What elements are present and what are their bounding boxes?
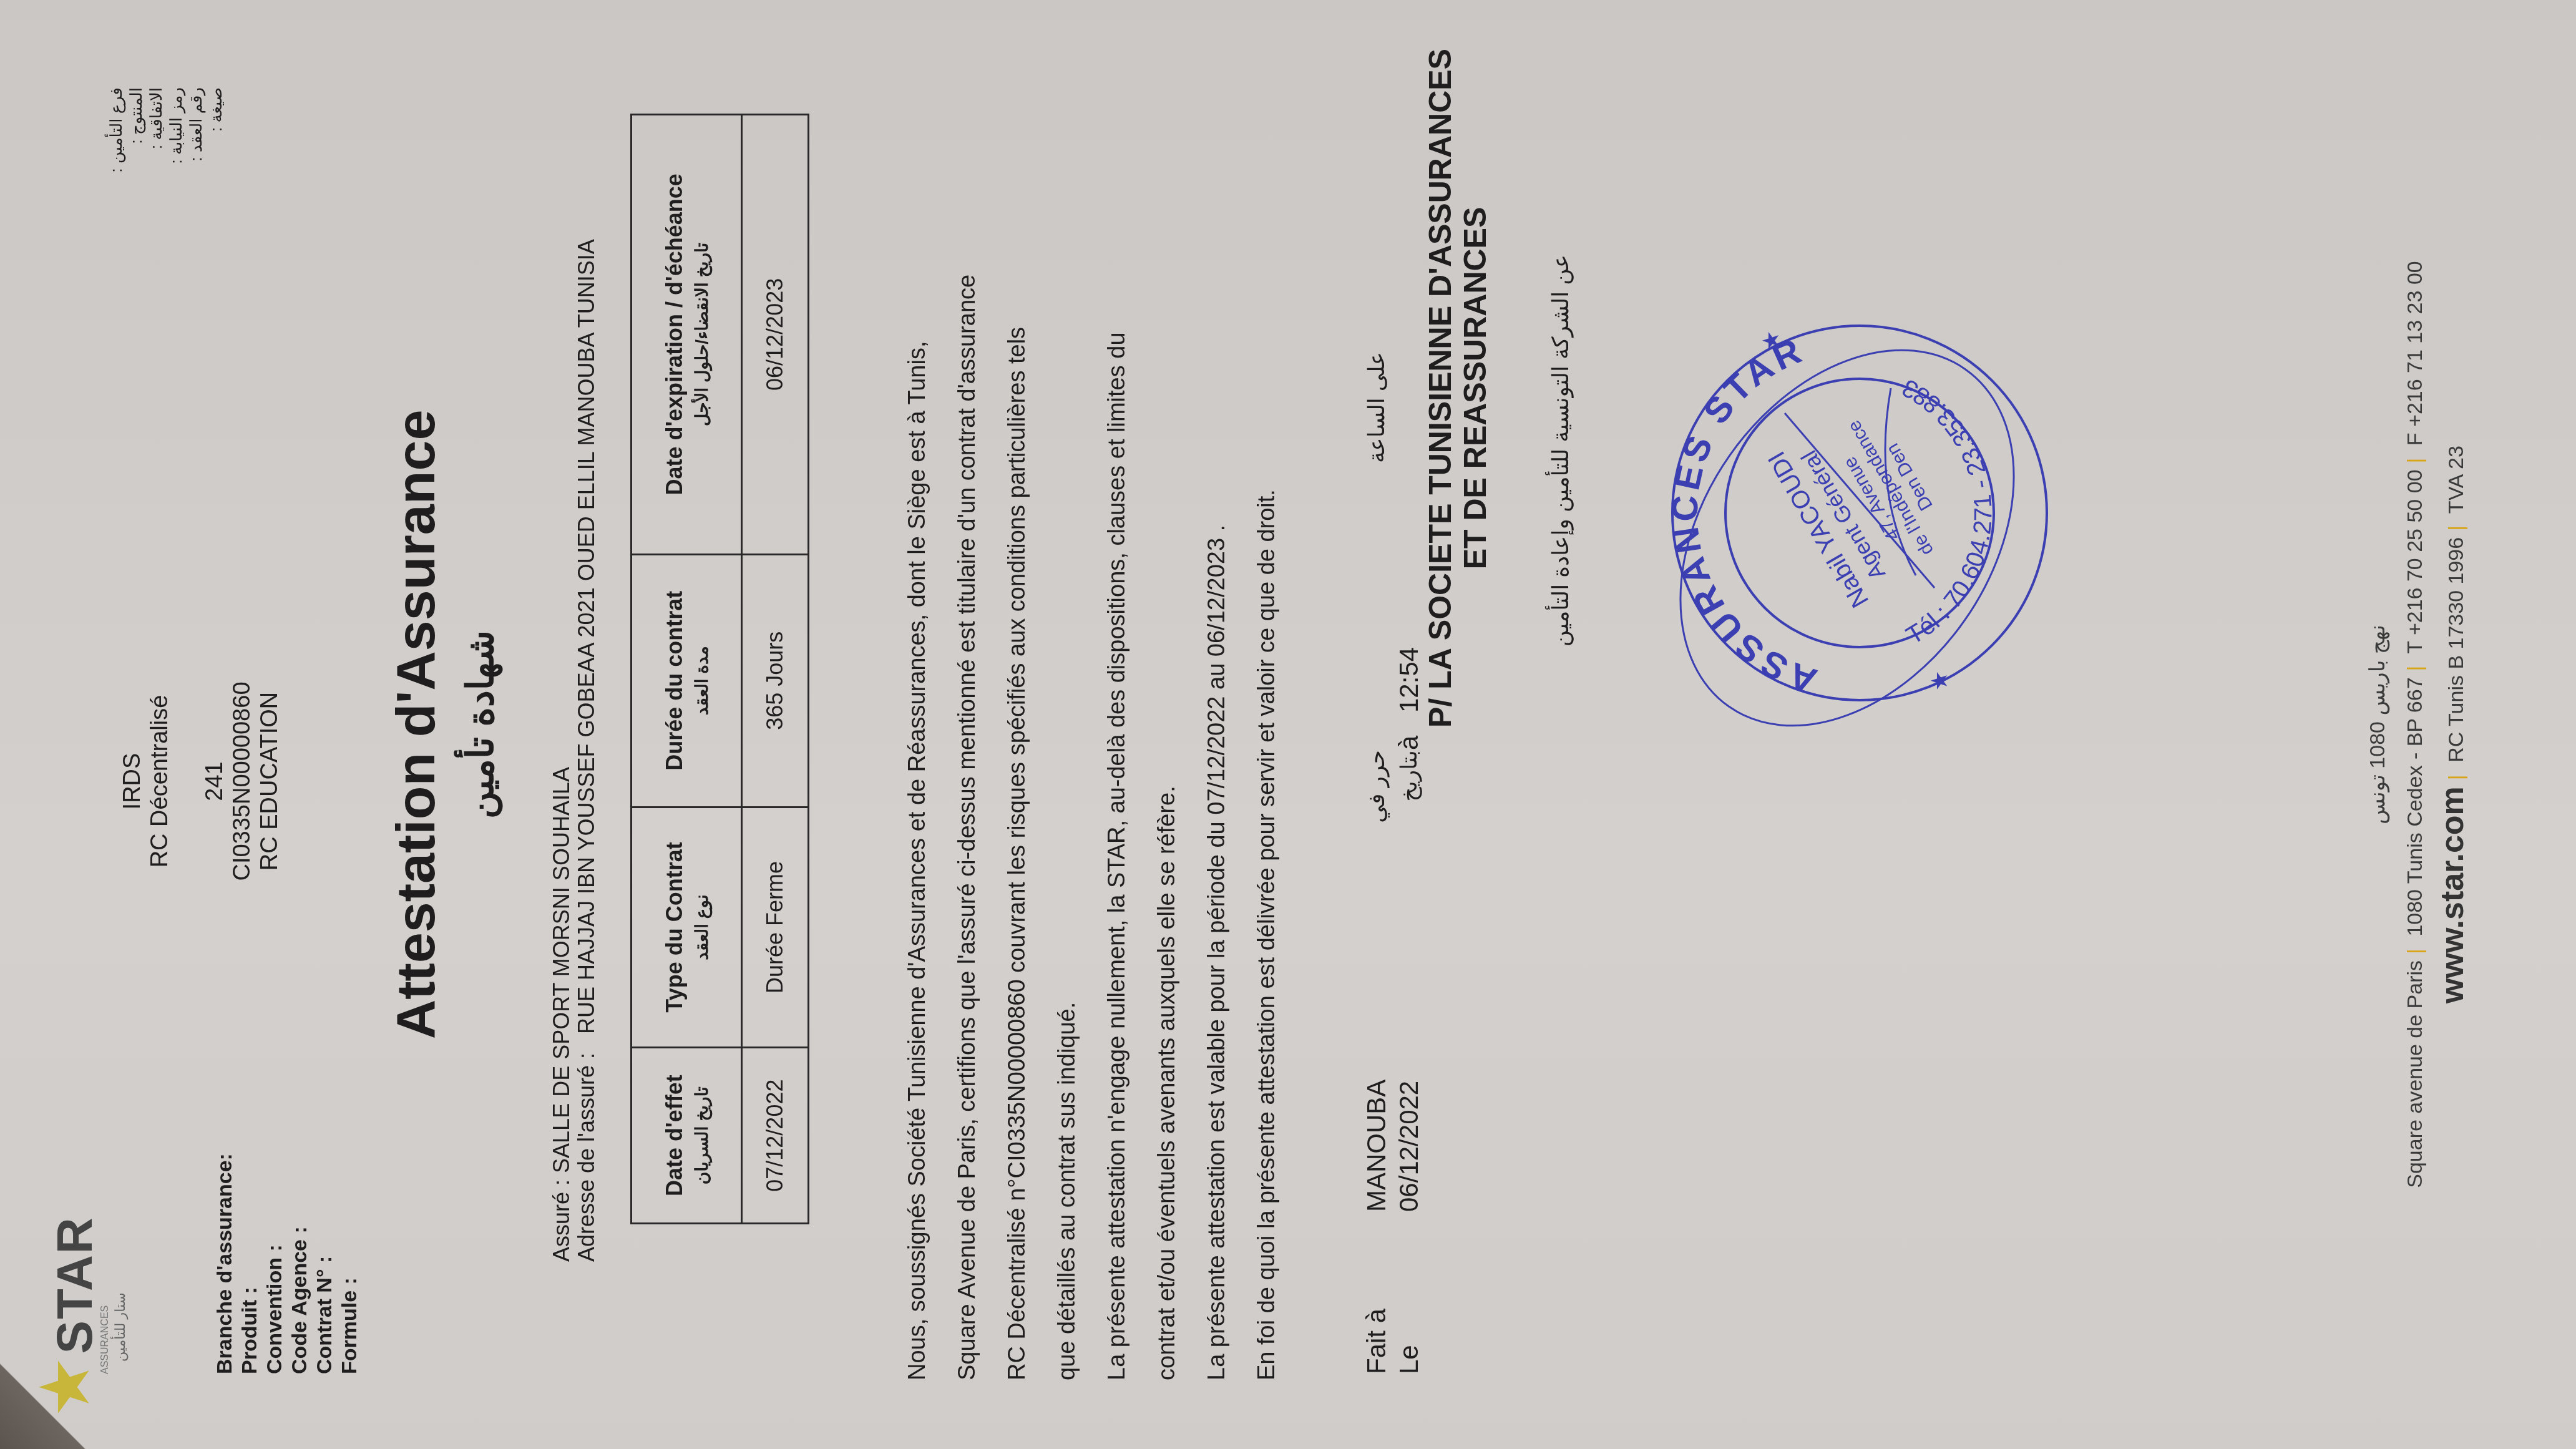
footer-phone: T +216 70 25 50 00 (2403, 469, 2427, 653)
ar-label-formule: صيغة : (206, 87, 226, 172)
footer-legal-line: www.star.com| RC Tunis B 17330 1996| TVA… (2434, 0, 2475, 1449)
label-code-agence: Code Agence : (287, 1153, 312, 1374)
value-contrat: CI0335N00000860 (228, 625, 256, 937)
logo-tagline: ASSURANCES (100, 1274, 111, 1374)
ar-label-produit: المنتوج : (126, 87, 146, 172)
time-arabic: على الساعة (1360, 352, 1393, 463)
time-value: 12:54 (1393, 463, 1425, 713)
label-contrat: Contrat N° : (312, 1153, 337, 1374)
footer-tva: TVA 23 (2444, 446, 2468, 514)
ar-label-contrat: رقم العقد : (186, 87, 206, 172)
label-formule: Formule : (337, 1153, 362, 1374)
agent-stamp: ASSURANCES STAR Tél : 70.604.271 - 23.35… (1622, 263, 2084, 763)
table-header-row: Date d'effetتاريخ السريان Type du Contra… (632, 115, 742, 1224)
fait-value: MANOUBA (1360, 862, 1393, 1212)
label-convention: Convention : (262, 1153, 287, 1374)
value-branche: IRDS (119, 625, 146, 937)
footer-website-link[interactable]: www.star.com (2434, 786, 2471, 1003)
ar-label-convention: الاتفاقية : (146, 87, 166, 172)
body-line: que détaillés au contrat sus indiqué. (1042, 39, 1092, 1380)
insurance-certificate-page: ★ STAR ASSURANCES ستار للتأمين Branche d… (0, 0, 2576, 1449)
signature-arabic: عن الشركة التونسية للتأمين وإعادة التأمي… (1548, 107, 1574, 794)
footer-city: 1080 Tunis Cedex - BP 667 (2403, 677, 2427, 936)
header-duree-contrat: Durée du contratمدة العقد (632, 554, 742, 807)
a-label: à (1393, 713, 1425, 750)
header-field-labels: Branche d'assurance: Produit : Conventio… (212, 1153, 362, 1374)
stamp-seal-icon: ASSURANCES STAR Tél : 70.604.271 - 23.35… (1622, 263, 2084, 763)
signature-block: P/ LA SOCIETE TUNISIENNE D'ASSURANCES ET… (1423, 0, 1493, 825)
ar-label-code-agence: رمز النيابة : (166, 87, 186, 172)
page-title: Attestation d'Assurance (384, 0, 447, 1449)
logo-wordmark: STAR (50, 1217, 100, 1354)
le-value: 06/12/2022 (1393, 862, 1425, 1212)
footer-rc: RC Tunis B 17330 1996 (2444, 537, 2468, 763)
table-row: 07/12/2022 Durée Ferme 365 Jours 06/12/2… (742, 115, 809, 1224)
footer-fax: F +216 71 13 23 00 (2403, 261, 2427, 446)
header-date-effet: Date d'effetتاريخ السريان (632, 1048, 742, 1224)
le-arabic: بتاريخ (1393, 750, 1425, 862)
header-type-contrat: Type du Contratنوع العقد (632, 807, 742, 1048)
value-code-agence: 241 (201, 625, 228, 937)
insured-label: Assuré : (549, 1179, 574, 1262)
certificate-body: Nous, soussignés Société Tunisienne d'As… (892, 39, 1292, 1380)
issue-place-date: Fait à MANOUBA حرر في على الساعة Le 06/1… (1360, 352, 1425, 1374)
insured-name: SALLE DE SPORT MORSNI SOUHAILA (549, 767, 574, 1173)
body-line: En foi de quoi la présente attestation e… (1242, 39, 1292, 1380)
label-produit: Produit : (237, 1153, 262, 1374)
header-arabic-labels: فرع التأمين : المنتوج : الاتفاقية : رمز … (106, 87, 226, 172)
body-line: contrat et/ou éventuels avenants auxquel… (1142, 39, 1192, 1380)
body-line: Nous, soussignés Société Tunisienne d'As… (892, 39, 942, 1380)
address-label: Adresse de l'assuré : (573, 1053, 599, 1262)
svg-text:★: ★ (1758, 331, 1783, 351)
body-line: Square Avenue de Paris, certifions que l… (942, 39, 992, 1380)
body-line: La présente attestation n'engage nulleme… (1092, 39, 1142, 1380)
fait-arabic: حرر في (1360, 750, 1393, 862)
ar-label-branche: فرع التأمين : (106, 87, 126, 172)
footer-address: Square avenue de Paris (2403, 960, 2427, 1188)
svg-text:★: ★ (1926, 671, 1952, 691)
contract-table: Date d'effetتاريخ السريان Type du Contra… (630, 114, 809, 1224)
cell-date-effet: 07/12/2022 (742, 1048, 809, 1224)
page-title-arabic: شهادة تأمين (459, 0, 502, 1449)
logo-arabic: ستار للتأمين (112, 1292, 129, 1362)
body-line: La présente attestation est valable pour… (1192, 39, 1242, 1380)
signature-line-1: P/ LA SOCIETE TUNISIENNE D'ASSURANCES (1423, 0, 1458, 825)
cell-date-expiration: 06/12/2023 (742, 115, 809, 555)
value-produit: RC Décentralisé (146, 625, 173, 937)
body-line: RC Décentralisé n°CI0335N00000860 couvra… (992, 39, 1042, 1380)
company-footer: نهج باريس 1080 تونس Square avenue de Par… (2359, 0, 2475, 1449)
signature-line-2: ET DE REASSURANCES (1458, 0, 1493, 825)
cell-type-contrat: Durée Ferme (742, 807, 809, 1048)
star-icon: ★ (31, 1356, 100, 1418)
le-label: Le (1393, 1212, 1425, 1374)
insured-address: RUE HAJJAJ IBN YOUSSEF GOBEAA 2021 OUED … (573, 239, 599, 1034)
footer-arabic: نهج باريس 1080 تونس (2359, 0, 2396, 1449)
value-formule: RC EDUCATION (256, 625, 283, 937)
cell-duree-contrat: 365 Jours (742, 554, 809, 807)
fait-label: Fait à (1360, 1212, 1393, 1374)
header-field-values: IRDS RC Décentralisé 241 CI0335N00000860… (119, 625, 283, 937)
label-branche: Branche d'assurance: (212, 1153, 237, 1374)
footer-contact-line: Square avenue de Paris| 1080 Tunis Cedex… (2396, 0, 2434, 1449)
insured-block: Assuré : SALLE DE SPORT MORSNI SOUHAILA … (549, 239, 599, 1262)
header-date-expiration: Date d'expiration / d'échéanceتاريخ الان… (632, 115, 742, 555)
star-logo: ★ STAR ASSURANCES ستار للتأمين (31, 1217, 100, 1418)
value-convention (173, 625, 201, 937)
